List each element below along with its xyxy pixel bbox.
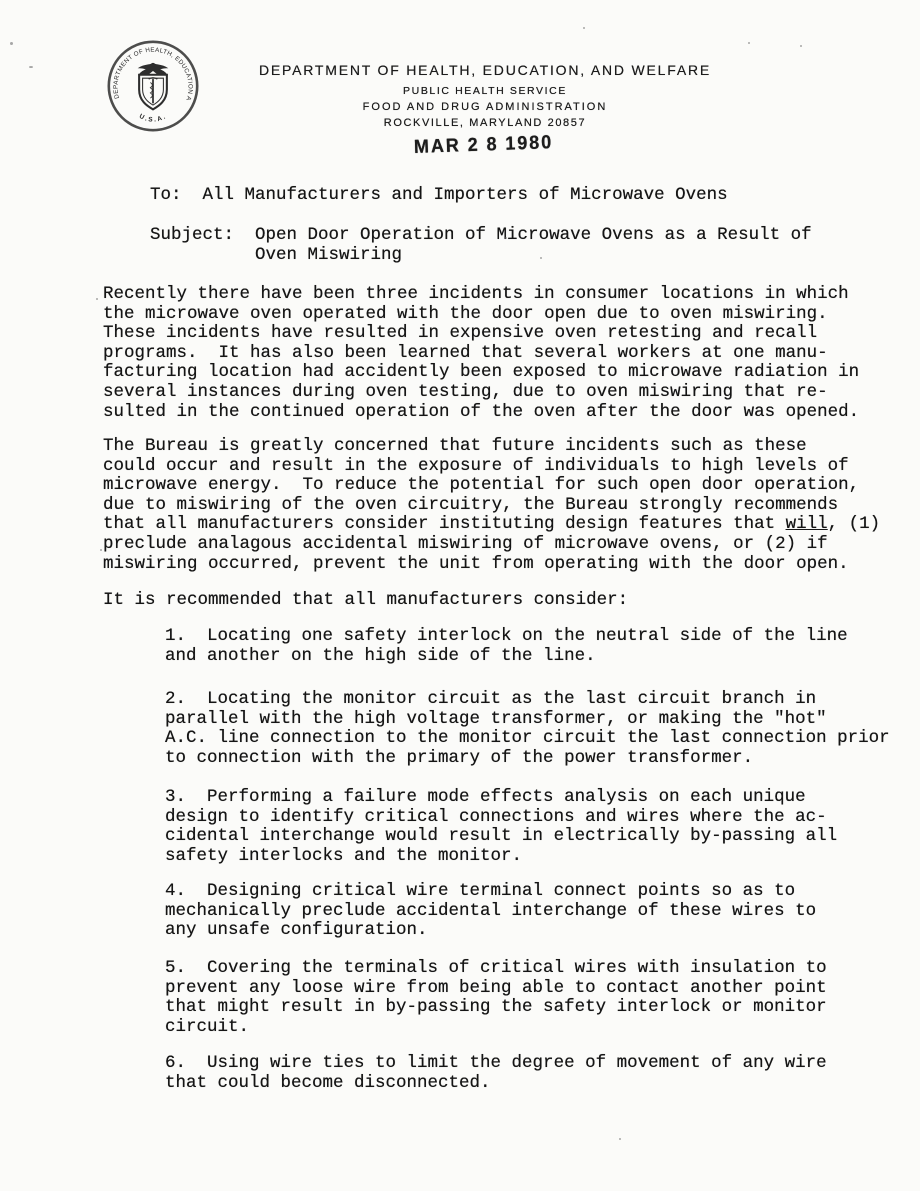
- scan-speck: [800, 45, 802, 47]
- scan-speck: [619, 1138, 621, 1140]
- letterhead-department: DEPARTMENT OF HEALTH, EDUCATION, AND WEL…: [240, 62, 730, 78]
- scan-speck: [29, 66, 33, 68]
- scan-speck: [505, 237, 507, 239]
- scan-speck: [10, 42, 13, 45]
- scan-speck: [748, 42, 750, 44]
- subject-block: Subject: Open Door Operation of Microwav…: [150, 226, 812, 265]
- seal-usa-text: U.S.A.: [138, 113, 168, 124]
- paragraph-2-emphasis: will: [786, 514, 828, 534]
- letterhead-administration: FOOD AND DRUG ADMINISTRATION: [240, 101, 730, 113]
- paragraph-2-text: The Bureau is greatly concerned that fut…: [103, 436, 859, 534]
- scan-speck: [100, 549, 102, 551]
- scan-speck: [96, 298, 98, 300]
- list-item-4: 4. Designing critical wire terminal conn…: [165, 882, 816, 941]
- letterhead-address: ROCKVILLE, MARYLAND 20857: [240, 117, 730, 129]
- list-item-6: 6. Using wire ties to limit the degree o…: [165, 1054, 827, 1093]
- svg-text:U.S.A.: U.S.A.: [138, 113, 168, 124]
- list-item-3: 3. Performing a failure mode effects ana…: [165, 788, 837, 866]
- list-item-5: 5. Covering the terminals of critical wi…: [165, 959, 827, 1037]
- letterhead-service: PUBLIC HEALTH SERVICE: [240, 85, 730, 97]
- letterhead: DEPARTMENT OF HEALTH, EDUCATION, AND WEL…: [240, 62, 730, 129]
- hew-seal-icon: DEPARTMENT OF HEALTH, EDUCATION AND WELF…: [98, 34, 208, 138]
- scan-speck: [540, 257, 542, 259]
- paragraph-2: The Bureau is greatly concerned that fut…: [103, 437, 880, 574]
- scan-speck: [583, 27, 585, 29]
- seal-shield-icon: [139, 75, 167, 110]
- to-line: To: All Manufacturers and Importers of M…: [150, 186, 728, 206]
- document-page: { "seal": { "ring_text": "DEPARTMENT OF …: [0, 0, 920, 1191]
- list-intro: It is recommended that all manufacturers…: [103, 591, 628, 611]
- seal-eagle-icon: [139, 63, 167, 74]
- date-stamp: MAR 2 8 1980: [414, 132, 554, 159]
- paragraph-1: Recently there have been three incidents…: [103, 285, 859, 422]
- list-item-1: 1. Locating one safety interlock on the …: [165, 627, 848, 666]
- list-item-2: 2. Locating the monitor circuit as the l…: [165, 690, 890, 768]
